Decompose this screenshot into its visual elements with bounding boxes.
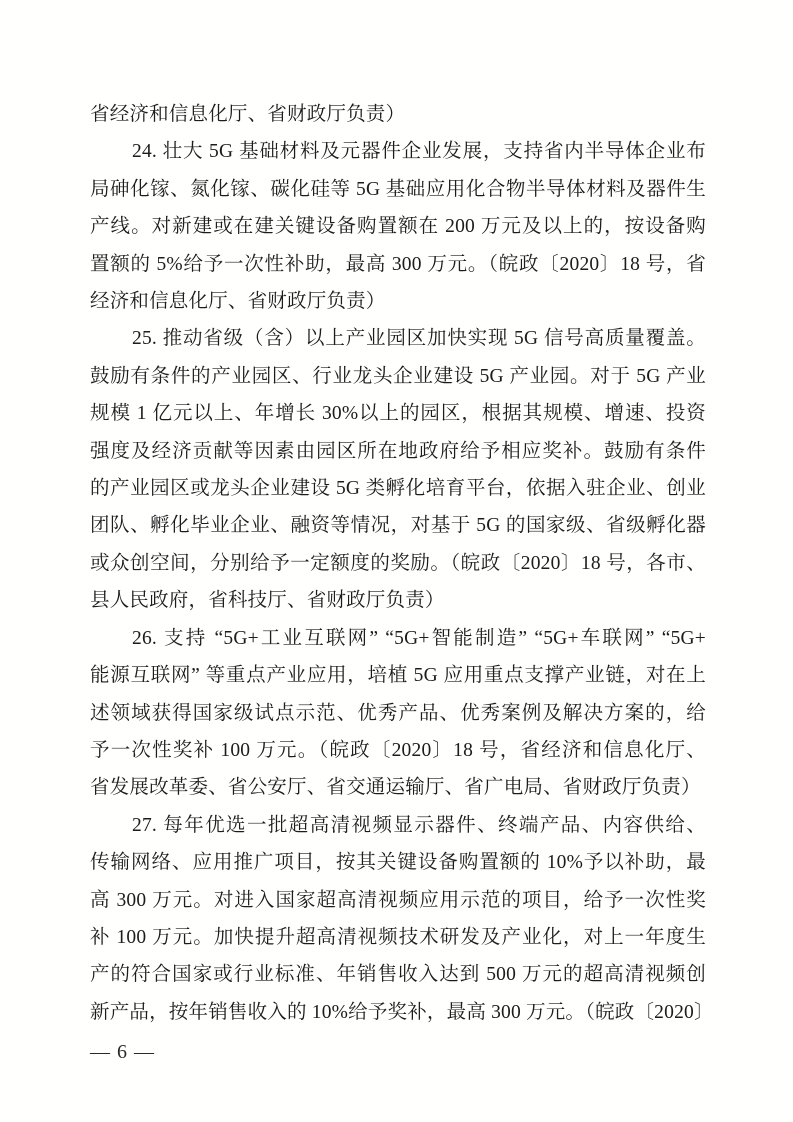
text-line: 强度及经济贡献等因素由园区所在地政府给予相应奖补。鼓励有条件 (90, 433, 706, 470)
text-line: 补 100 万元。加快提升超高清视频技术研发及产业化，对上一年度生 (90, 919, 706, 956)
text-line: 县人民政府，省科技厅、省财政厅负责） (90, 582, 706, 619)
text-line: 予一次性奖补 100 万元。（皖政〔2020〕18 号，省经济和信息化厅、 (90, 732, 706, 769)
text-line: 鼓励有条件的产业园区、行业龙头企业建设 5G 产业园。对于 5G 产业 (90, 358, 706, 395)
paragraph-item-26: 26. 支持 “5G+工业互联网” “5G+智能制造” “5G+车联网” “5G… (90, 620, 706, 807)
paragraph-continuation: 省经济和信息化厅、省财政厅负责） (90, 96, 706, 133)
text-line: 局砷化镓、氮化镓、碳化硅等 5G 基础应用化合物半导体材料及器件生 (90, 171, 706, 208)
text-line: 高 300 万元。对进入国家超高清视频应用示范的项目，给予一次性奖 (90, 882, 706, 919)
text-line: 团队、孵化毕业企业、融资等情况，对基于 5G 的国家级、省级孵化器 (90, 507, 706, 544)
text-line: 26. 支持 “5G+工业互联网” “5G+智能制造” “5G+车联网” “5G… (90, 620, 706, 657)
text-line: 27. 每年优选一批超高清视频显示器件、终端产品、内容供给、 (90, 807, 706, 844)
text-line: 省发展改革委、省公安厅、省交通运输厅、省广电局、省财政厅负责） (90, 769, 706, 806)
text-line: 25. 推动省级（含）以上产业园区加快实现 5G 信号高质量覆盖。 (90, 320, 706, 357)
text-line: 产线。对新建或在建关键设备购置额在 200 万元及以上的，按设备购 (90, 208, 706, 245)
text-line: 规模 1 亿元以上、年增长 30%以上的园区，根据其规模、增速、投资 (90, 395, 706, 432)
text-line: 置额的 5%给予一次性补助，最高 300 万元。（皖政〔2020〕18 号，省 (90, 246, 706, 283)
text-line: 的产业园区或龙头企业建设 5G 类孵化培育平台，依据入驻企业、创业 (90, 470, 706, 507)
text-line: 新产品，按年销售收入的 10%给予奖补，最高 300 万元。（皖政〔2020〕 (90, 994, 706, 1031)
text-line: 能源互联网” 等重点产业应用，培植 5G 应用重点支撑产业链，对在上 (90, 657, 706, 694)
text-line: 经济和信息化厅、省财政厅负责） (90, 283, 706, 320)
text-line: 传输网络、应用推广项目，按其关键设备购置额的 10%予以补助，最 (90, 844, 706, 881)
text-line: 或众创空间，分别给予一定额度的奖励。（皖政〔2020〕18 号，各市、 (90, 545, 706, 582)
text-line: 产的符合国家或行业标准、年销售收入达到 500 万元的超高清视频创 (90, 956, 706, 993)
page-number: — 6 — (90, 1040, 155, 1064)
text-line: 述领域获得国家级试点示范、优秀产品、优秀案例及解决方案的，给 (90, 695, 706, 732)
paragraph-item-27: 27. 每年优选一批超高清视频显示器件、终端产品、内容供给、 传输网络、应用推广… (90, 807, 706, 1031)
text-line: 24. 壮大 5G 基础材料及元器件企业发展，支持省内半导体企业布 (90, 133, 706, 170)
document-page: 省经济和信息化厅、省财政厅负责） 24. 壮大 5G 基础材料及元器件企业发展，… (0, 0, 793, 1122)
paragraph-item-24: 24. 壮大 5G 基础材料及元器件企业发展，支持省内半导体企业布 局砷化镓、氮… (90, 133, 706, 320)
text-line: 省经济和信息化厅、省财政厅负责） (90, 96, 706, 133)
document-body: 省经济和信息化厅、省财政厅负责） 24. 壮大 5G 基础材料及元器件企业发展，… (90, 96, 706, 1031)
paragraph-item-25: 25. 推动省级（含）以上产业园区加快实现 5G 信号高质量覆盖。 鼓励有条件的… (90, 320, 706, 619)
